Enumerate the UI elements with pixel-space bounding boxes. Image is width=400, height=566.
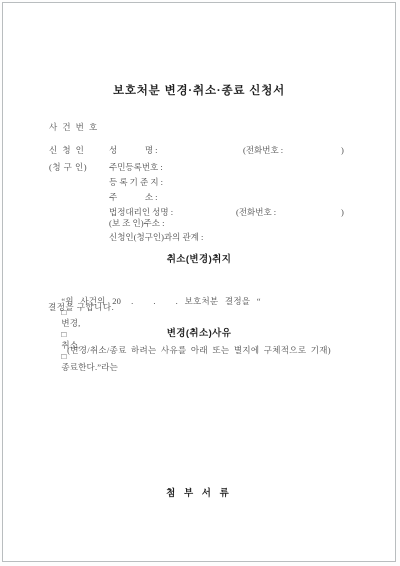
option-change-label: 변경, [61,318,87,328]
applicant-role-label: 신 청 인 [49,145,85,156]
applicant-phone-close-paren: ) [341,145,344,156]
representative-address-label: (보 조 인)주소 : [109,218,164,229]
document-page: 보호처분 변경·취소·종료 신청서 사 건 번 호 신 청 인 (청 구 인) … [2,2,396,562]
attachments-heading: 첨 부 서 류 [3,488,395,499]
purpose-heading: 취소(변경)취지 [3,254,395,265]
representative-phone-close-paren: ) [341,207,344,218]
case-number-label: 사 건 번 호 [49,122,99,133]
form-title: 보호처분 변경·취소·종료 신청서 [3,86,395,97]
reason-heading: 변경(취소)사유 [3,328,395,339]
purpose-statement-line2: 결정을 구합니다. [48,302,114,313]
reason-note: (변경/취소/종료 하려는 사유를 아래 또는 별지에 구체적으로 기재) [3,345,395,356]
representative-phone-label: (전화번호 : [236,207,276,218]
reason-writing-area [48,363,353,481]
applicant-role-sub-label: (청 구 인) [49,162,87,173]
representative-name-label: 법정대리인 성명 : [109,207,173,218]
registry-base-label: 등 록 기 준 지 : [109,177,163,188]
applicant-address-label: 주 소 : [109,192,158,203]
relation-label: 신청인(청구인)과의 관계 : [109,232,203,243]
applicant-name-label: 성 명 : [109,145,158,156]
applicant-phone-label: (전화번호 : [243,145,283,156]
resident-number-label: 주민등록번호 : [109,162,163,173]
